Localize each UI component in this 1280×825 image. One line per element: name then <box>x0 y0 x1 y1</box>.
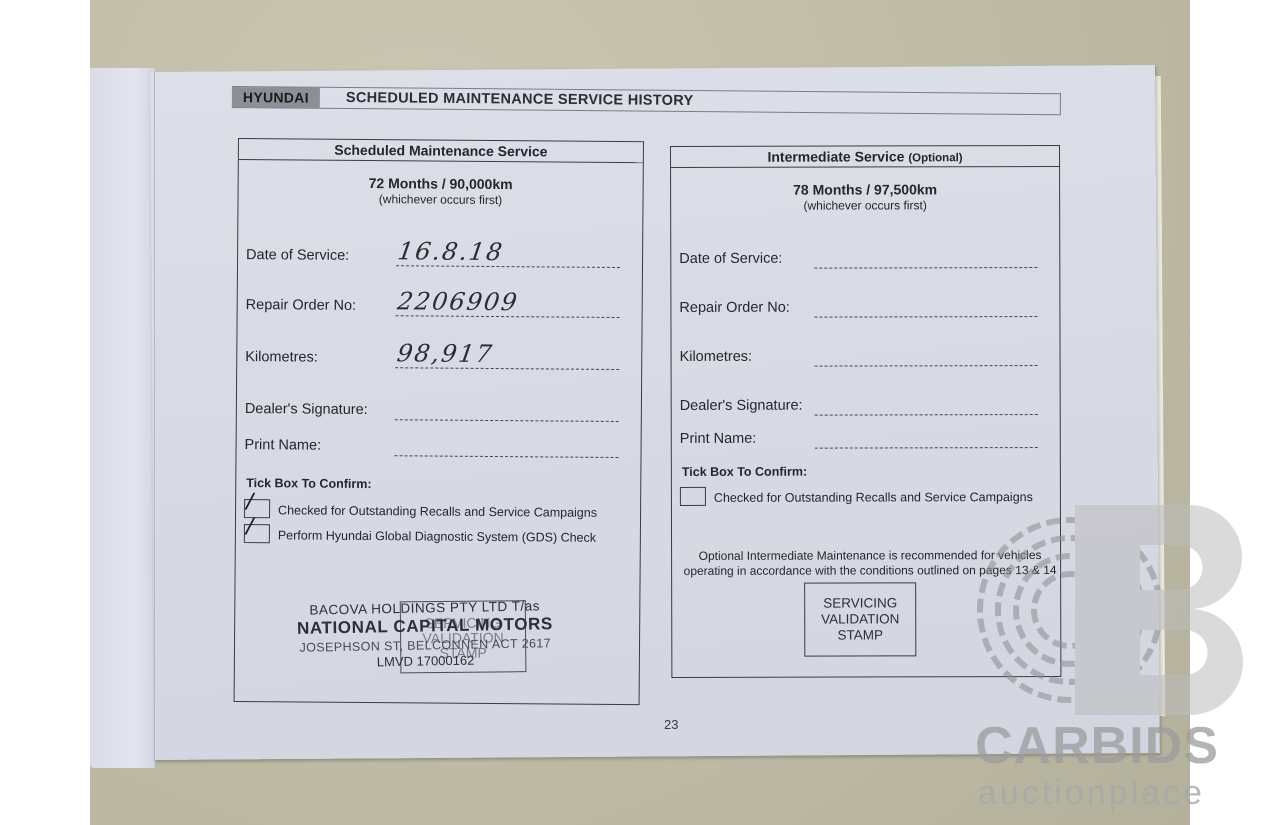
field-label: Kilometres: <box>245 349 318 366</box>
stamp-box-line: SERVICING <box>805 595 915 611</box>
handwritten-value: 98,917 <box>395 339 495 368</box>
tick-heading: Tick Box To Confirm: <box>682 465 807 479</box>
tick-label: Checked for Outstanding Recalls and Serv… <box>278 503 597 520</box>
field-label: Repair Order No: <box>246 297 357 314</box>
dealer-signature-field[interactable]: Dealer's Signature: <box>245 393 619 422</box>
scheduled-service-title: Scheduled Maintenance Service <box>239 139 643 163</box>
field-line <box>814 316 1037 318</box>
repair-order-field[interactable]: Repair Order No: 2206909 <box>246 289 620 318</box>
field-label: Dealer's Signature: <box>680 398 803 414</box>
field-label: Date of Service: <box>679 251 782 267</box>
field-label: Print Name: <box>245 437 322 454</box>
field-label: Date of Service: <box>246 247 349 264</box>
field-line <box>815 447 1038 449</box>
kilometres-field[interactable]: Kilometres: 98,917 <box>245 341 619 370</box>
field-label: Dealer's Signature: <box>245 401 368 418</box>
print-name-field[interactable]: Print Name: <box>680 422 1038 449</box>
field-label: Repair Order No: <box>679 300 789 316</box>
field-label: Print Name: <box>680 431 757 447</box>
stamp-box-line: VALIDATION <box>805 611 915 627</box>
stamp-dealer-name: NATIONAL CAPITAL MOTORS <box>285 614 565 639</box>
carbids-logo-icon <box>975 505 1260 715</box>
field-line <box>814 267 1037 269</box>
field-line <box>395 367 619 370</box>
left-page-edge <box>90 68 155 768</box>
field-line <box>815 414 1038 416</box>
servicing-validation-stamp-box: SERVICING VALIDATION STAMP <box>804 582 916 656</box>
dealer-signature-field[interactable]: Dealer's Signature: <box>680 389 1038 416</box>
date-of-service-field[interactable]: Date of Service: <box>679 242 1037 269</box>
service-interval: 72 Months / 90,000km <box>239 174 643 193</box>
field-line <box>396 265 620 268</box>
print-name-field[interactable]: Print Name: <box>245 429 619 458</box>
watermark-brand: CARBIDS <box>975 716 1219 776</box>
field-line <box>395 419 619 422</box>
field-line <box>815 365 1038 367</box>
date-of-service-field[interactable]: Date of Service: 16.8.18 <box>246 239 620 268</box>
dealer-stamp: BACOVA HOLDINGS PTY LTD T/as NATIONAL CA… <box>285 598 566 671</box>
page-title: SCHEDULED MAINTENANCE SERVICE HISTORY <box>346 88 694 111</box>
checkbox[interactable] <box>680 487 706 506</box>
handwritten-value: 16.8.18 <box>396 237 506 266</box>
service-interval: 78 Months / 97,500km <box>671 181 1059 198</box>
kilometres-field[interactable]: Kilometres: <box>680 340 1038 367</box>
tick-label: Perform Hyundai Global Diagnostic System… <box>278 528 596 544</box>
interval-note: (whichever occurs first) <box>238 191 642 208</box>
optional-label: (Optional) <box>908 152 962 164</box>
tick-label: Checked for Outstanding Recalls and Serv… <box>714 490 1033 505</box>
field-label: Kilometres: <box>680 349 753 365</box>
stamp-box-line: STAMP <box>805 627 915 643</box>
interval-note: (whichever occurs first) <box>671 198 1059 213</box>
brand-label: HYUNDAI <box>232 87 320 108</box>
repair-order-field[interactable]: Repair Order No: <box>679 291 1037 318</box>
intermediate-service-title: Intermediate Service (Optional) <box>671 146 1059 168</box>
field-line <box>395 455 619 458</box>
page-number: 23 <box>664 717 678 732</box>
tick-heading: Tick Box To Confirm: <box>246 476 371 491</box>
watermark-tagline: auctionplace <box>978 774 1205 813</box>
title-text: Intermediate Service <box>767 148 904 164</box>
handwritten-value: 2206909 <box>396 287 521 316</box>
booklet-spine <box>154 72 155 762</box>
scheduled-service-form: Scheduled Maintenance Service 72 Months … <box>234 138 644 705</box>
